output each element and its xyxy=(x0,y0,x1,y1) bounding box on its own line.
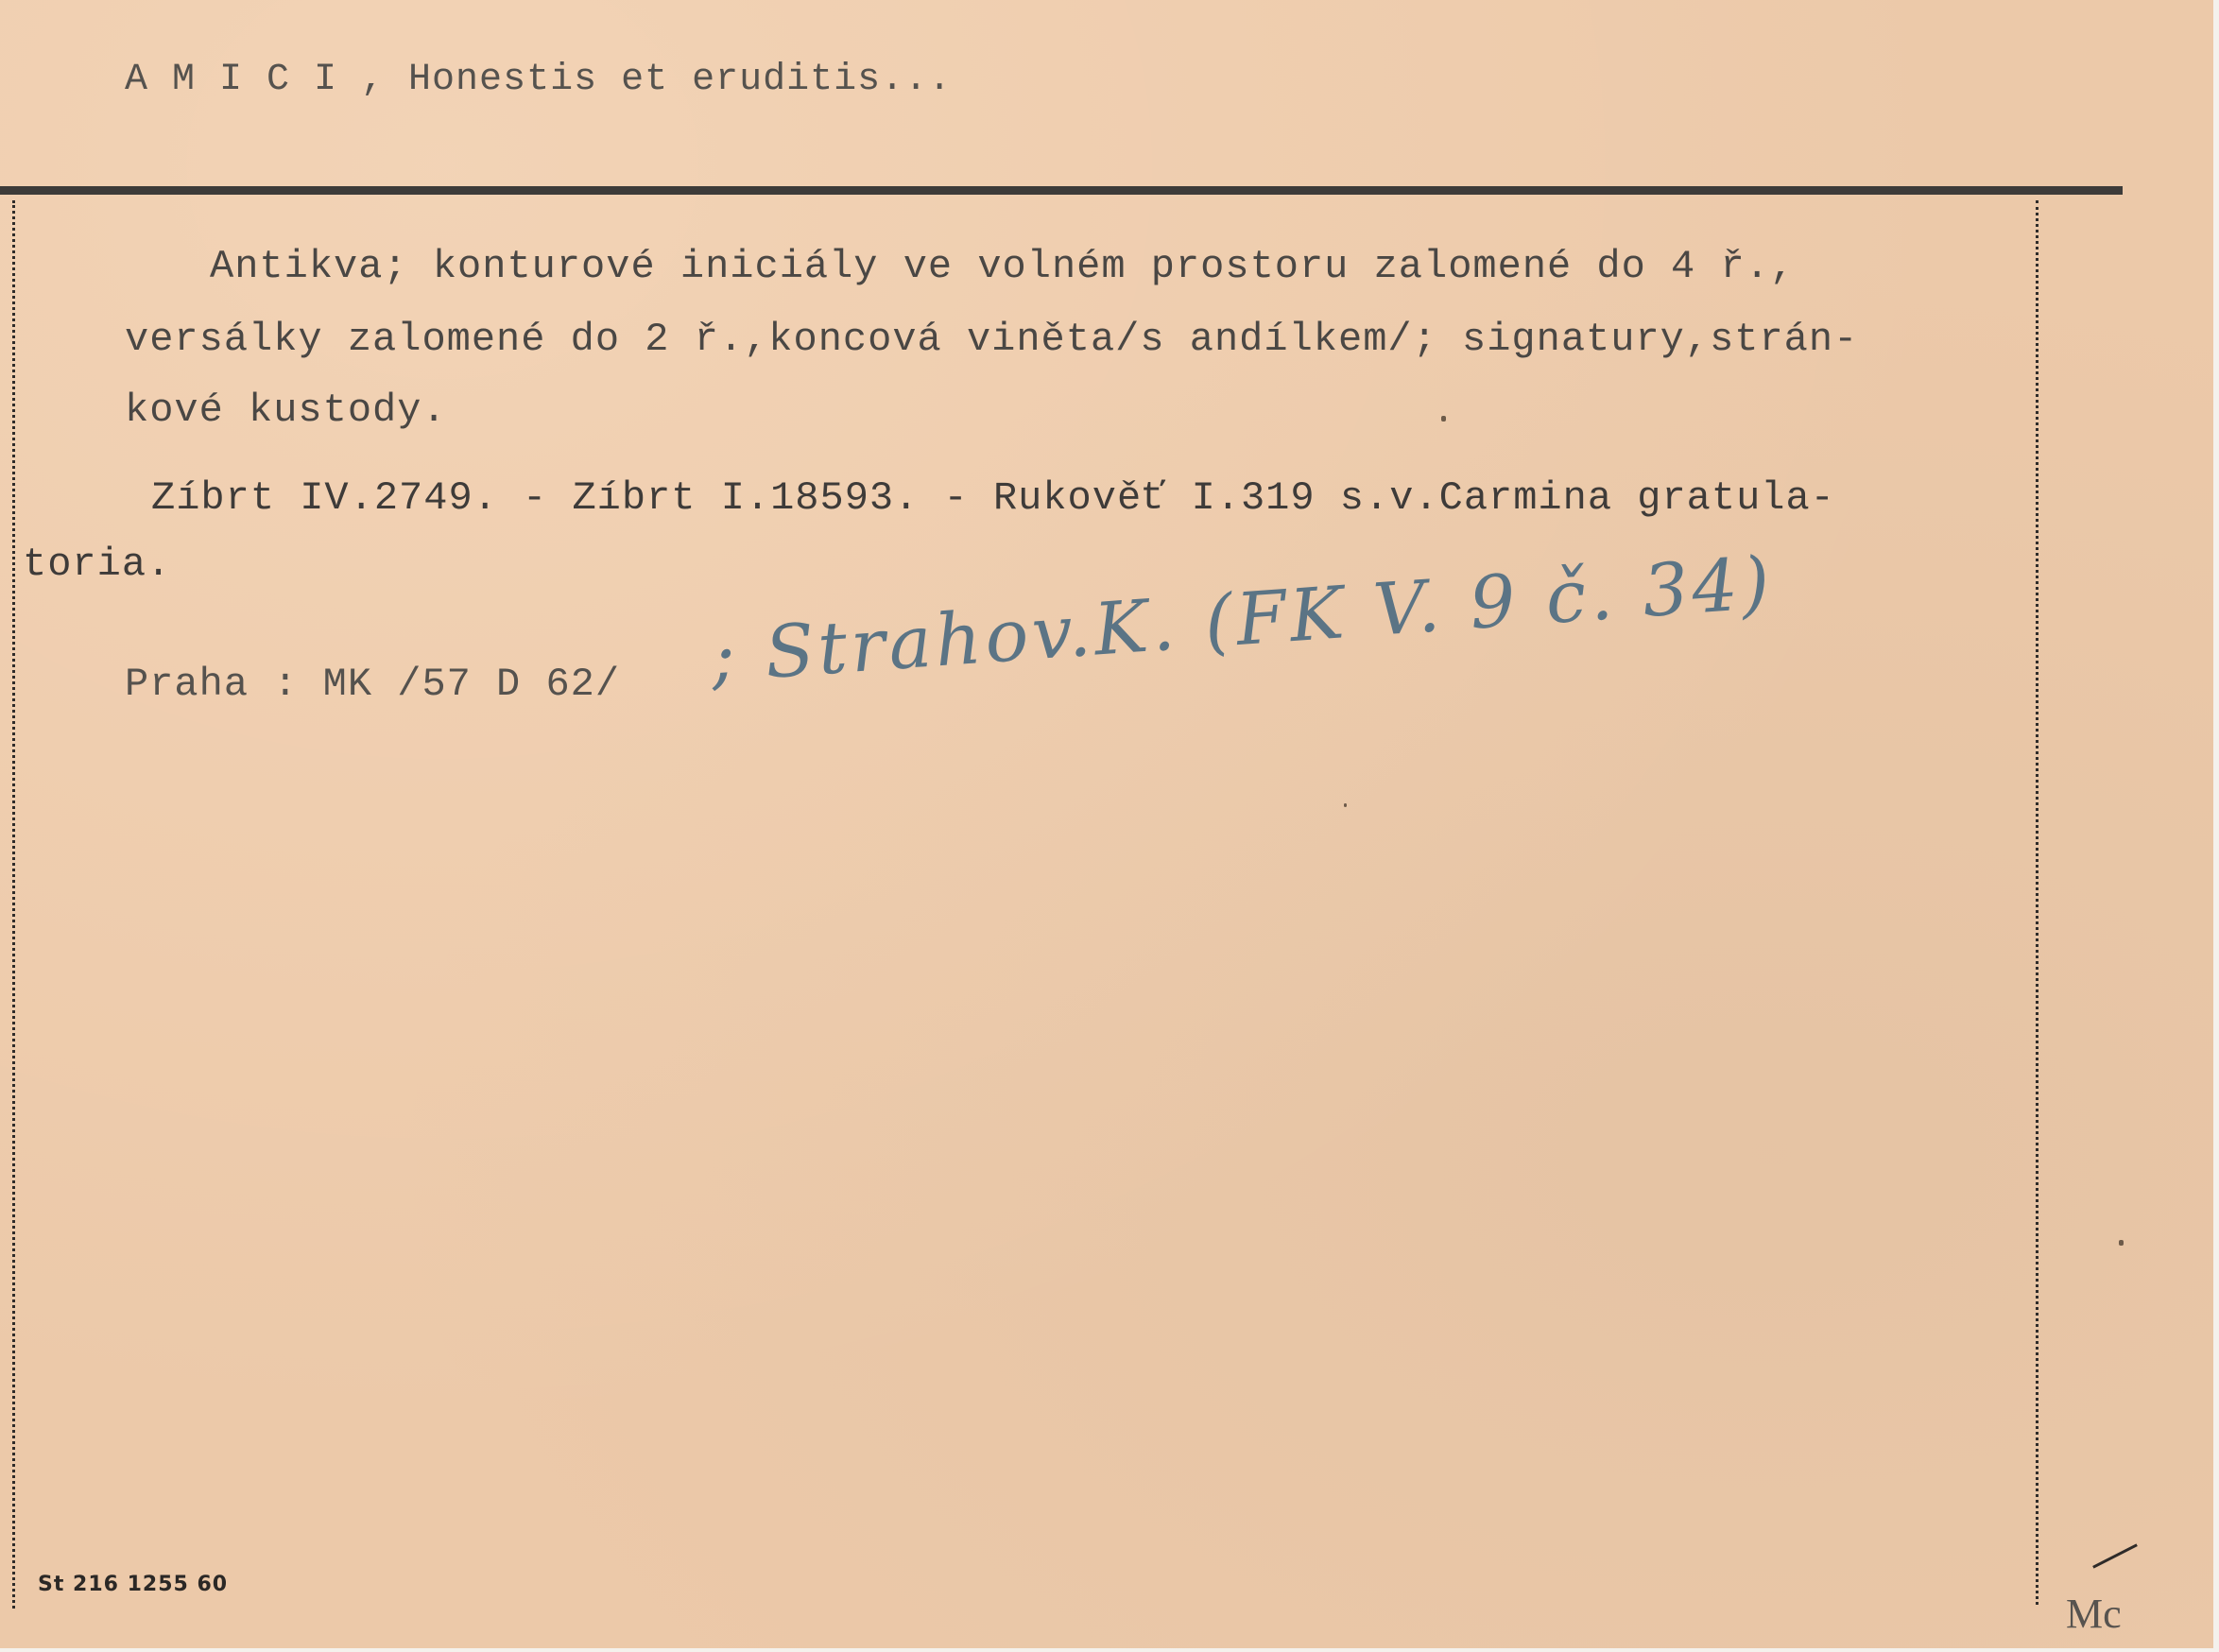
card-heading: A M I C I , Honestis et eruditis... xyxy=(125,59,952,101)
location-typed: Praha : MK /57 D 62/ xyxy=(125,662,620,707)
right-margin-dotted-line xyxy=(2036,200,2038,1605)
paper-speck xyxy=(1344,803,1347,807)
check-mark-icon xyxy=(2092,1543,2138,1568)
description-line-1: Antikva; konturové iniciály ve volném pr… xyxy=(210,244,1795,289)
paper-speck xyxy=(1441,416,1446,422)
location-handwritten: ; Strahov.K. (FK V. 9 č. 34) xyxy=(708,541,1776,698)
paper-speck xyxy=(2119,1240,2124,1246)
references-line-1: Zíbrt IV.2749. - Zíbrt I.18593. - Rukově… xyxy=(151,475,1835,521)
description-line-2: versálky zalomené do 2 ř.,koncová viněta… xyxy=(125,317,1858,362)
catalog-card: A M I C I , Honestis et eruditis... Anti… xyxy=(0,0,2213,1648)
footer-print-code: St 216 1255 60 xyxy=(38,1573,228,1596)
references-line-2: toria. xyxy=(23,542,171,587)
cataloger-initials: Mc xyxy=(2066,1590,2122,1638)
heading-rule xyxy=(0,186,2123,195)
description-line-3: kové kustody. xyxy=(125,387,447,433)
left-margin-dotted-line xyxy=(12,200,15,1609)
